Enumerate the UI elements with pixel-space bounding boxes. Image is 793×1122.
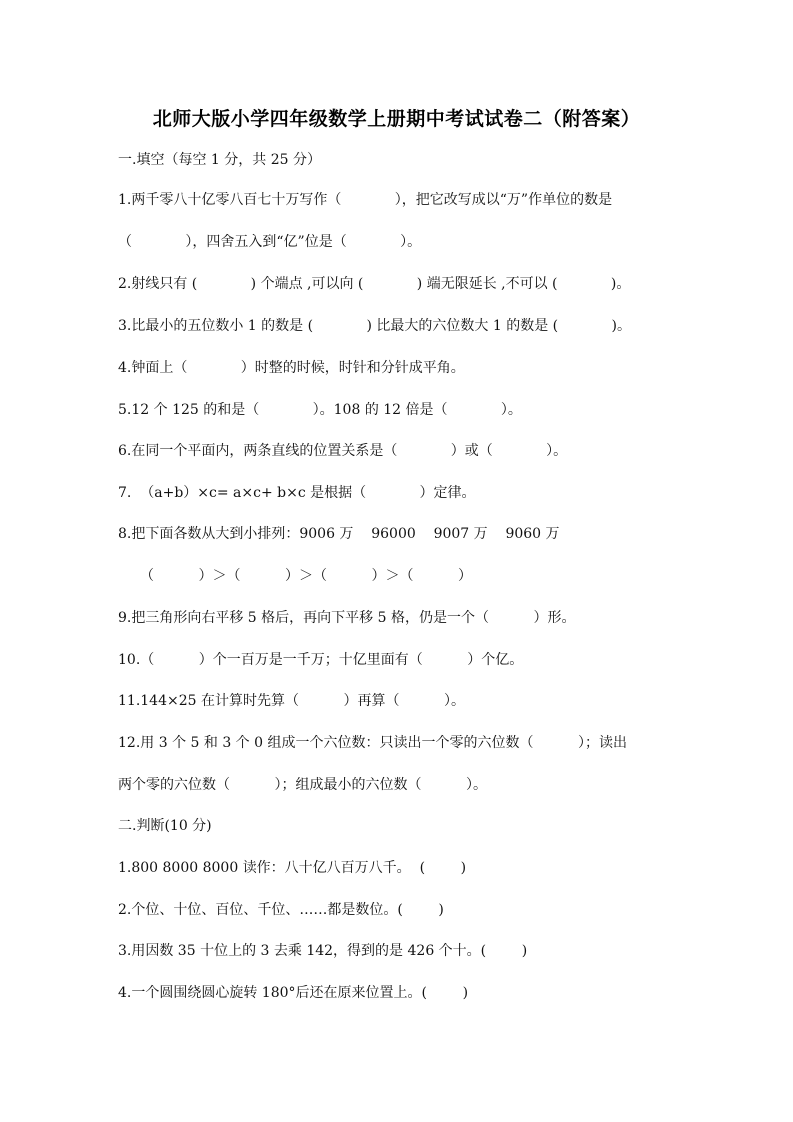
- question-line: 3.用因数 35 十位上的 3 去乘 142，得到的是 426 个十。( ): [118, 941, 527, 961]
- question-line: 2.射线只有 ( ) 个端点 ,可以向 ( ) 端无限延长 ,不可以 ( )。: [118, 274, 630, 294]
- section-heading-judge: 二.判断(10 分): [118, 816, 212, 836]
- question-line: 1.800 8000 8000 读作：八十亿八百万八千。 ( ): [118, 858, 466, 878]
- question-line: （ ），四舍五入到“亿”位是（ ）。: [118, 232, 421, 252]
- question-line: 1.两千零八十亿零八百七十万写作（ ），把它改写成以“万”作单位的数是: [118, 190, 612, 210]
- question-line: 6.在同一个平面内，两条直线的位置关系是（ ）或（ ）。: [118, 441, 567, 461]
- question-line: 5.12 个 125 的和是（ ）。108 的 12 倍是（ ）。: [118, 400, 522, 420]
- question-line: 9.把三角形向右平移 5 格后，再向下平移 5 格，仍是一个（ ）形。: [118, 608, 575, 628]
- page-title: 北师大版小学四年级数学上册期中考试试卷二（附答案）: [0, 104, 793, 131]
- question-line: 2.个位、十位、百位、千位、……都是数位。( ): [118, 900, 444, 920]
- question-line: 12.用 3 个 5 和 3 个 0 组成一个六位数：只读出一个零的六位数（ ）…: [118, 733, 627, 753]
- question-line: 10.（ ）个一百万是一千万；十亿里面有（ ）个亿。: [118, 650, 523, 670]
- question-line: （ ）＞（ ）＞（ ）＞（ ）: [140, 566, 472, 586]
- question-line: 4.一个圆围绕圆心旋转 180°后还在原来位置上。( ): [118, 983, 468, 1003]
- question-line: 两个零的六位数（ ）；组成最小的六位数（ ）。: [118, 775, 487, 795]
- question-line: 3.比最小的五位数小 1 的数是 ( ) 比最大的六位数大 1 的数是 ( )。: [118, 316, 631, 336]
- question-line: 8.把下面各数从大到小排列：9006 万 96000 9007 万 9060 万: [118, 524, 560, 544]
- question-line: 4.钟面上（ ）时整的时候，时针和分针成平角。: [118, 358, 465, 378]
- question-line: 7. （a+b）×c= a×c+ b×c 是根据（ ）定律。: [118, 483, 476, 503]
- question-line: 11.144×25 在计算时先算（ ）再算（ ）。: [118, 691, 465, 711]
- section-heading-fill: 一.填空（每空 1 分，共 25 分）: [118, 150, 321, 170]
